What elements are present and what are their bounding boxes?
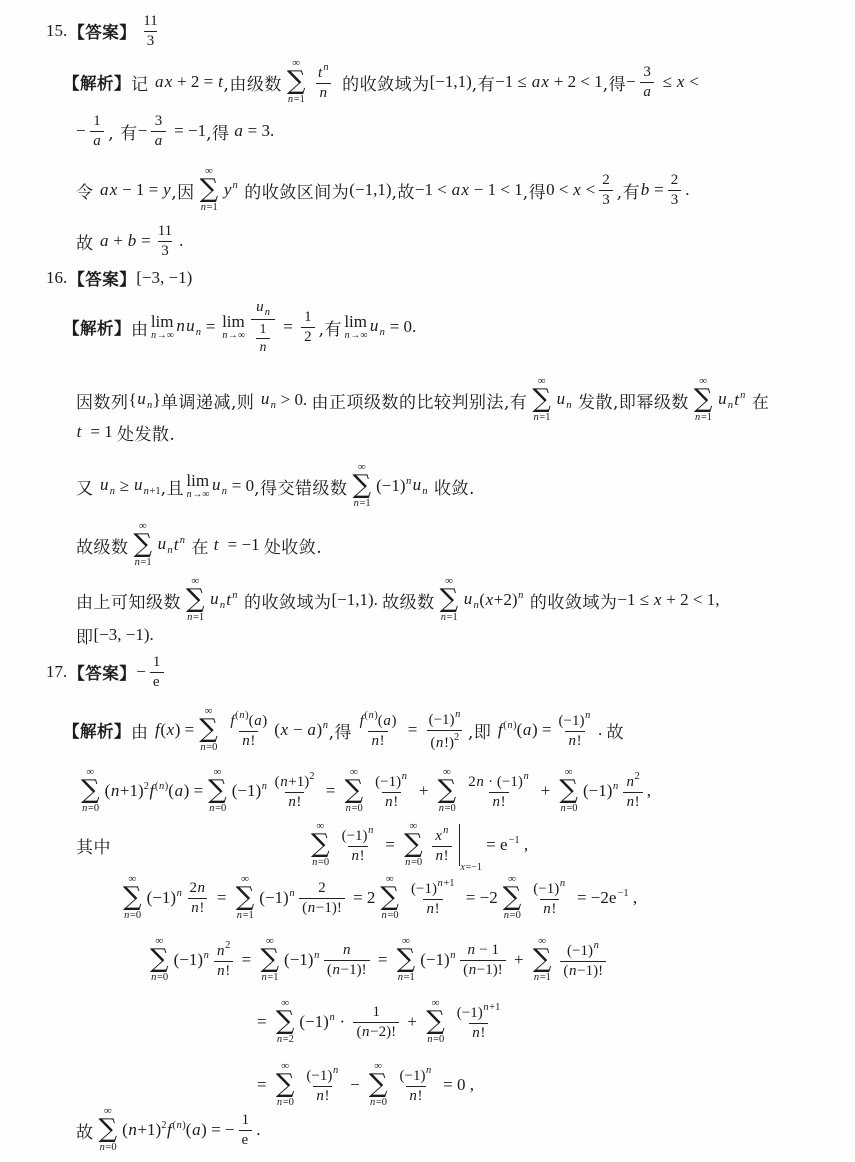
summation-symbol: ∞∑n=1 bbox=[236, 874, 255, 921]
math-text: 1 bbox=[242, 1111, 250, 1130]
math-text: (−1) bbox=[583, 781, 612, 800]
chinese-text: ,得 bbox=[603, 70, 626, 95]
math-text: = bbox=[213, 888, 231, 908]
chinese-text: , 有 bbox=[108, 119, 137, 144]
math-text: (−1) bbox=[299, 1012, 328, 1031]
math-text: (−1,1) bbox=[349, 180, 391, 200]
math-text: = bbox=[237, 950, 255, 970]
math-text: u bbox=[412, 475, 422, 494]
math-text: (a) = bbox=[168, 781, 203, 801]
math-text: u bbox=[211, 475, 221, 494]
fraction: (−1)nn! bbox=[372, 770, 410, 812]
scripted-term: un bbox=[211, 475, 227, 497]
math-text: 2 bbox=[225, 940, 230, 951]
summation-symbol: ∞∑n=0 bbox=[438, 767, 457, 814]
fraction: 12 bbox=[301, 308, 315, 347]
math-text: (n) bbox=[235, 710, 248, 721]
math-text: (−1) bbox=[559, 713, 585, 729]
math-text: ax + 2 = t bbox=[154, 72, 223, 92]
math-text: = bbox=[257, 1012, 271, 1032]
math-text: n bbox=[342, 941, 351, 960]
scripted-term: n2 bbox=[216, 939, 230, 961]
math-text: (n+1) bbox=[275, 774, 310, 790]
math-text: + bbox=[510, 950, 528, 970]
chinese-text: 故 bbox=[606, 718, 624, 743]
scripted-term: un bbox=[210, 589, 226, 611]
chinese-text: ,得交错级数 bbox=[254, 474, 347, 499]
fraction: 1n bbox=[256, 321, 270, 356]
summation-symbol: ∞∑n=0 bbox=[345, 767, 364, 814]
math-text: (n+1) bbox=[105, 781, 144, 800]
math-text: = 2 bbox=[349, 888, 376, 908]
math-text: . bbox=[685, 180, 689, 200]
math-text: (−1) bbox=[375, 774, 401, 790]
p17-solution-line-1: 【解析】由 f(x) =∞∑n=0f(n)(a)n!(x − a)n,得f(n)… bbox=[63, 700, 624, 760]
math-text: n+1 bbox=[143, 486, 161, 497]
math-text: n bbox=[626, 774, 635, 790]
summation-symbol: ∞∑n=0 bbox=[311, 821, 330, 868]
math-text: n=1 bbox=[440, 612, 458, 623]
summation-symbol: ∞∑n=0 bbox=[369, 1061, 388, 1108]
fraction: (−1)n+1n! bbox=[408, 877, 458, 919]
math-text: (−1) bbox=[567, 943, 593, 959]
scripted-term: un bbox=[260, 389, 276, 411]
fraction: 2n · (−1)nn! bbox=[465, 770, 532, 812]
math-text: 1 bbox=[304, 308, 312, 327]
math-text: . bbox=[598, 720, 607, 740]
p17-solution-line-5: ∞∑n=0(−1)nn2n! = ∞∑n=1(−1)nn(n−1)! = ∞∑n… bbox=[145, 930, 610, 990]
scripted-term: un bbox=[255, 298, 270, 319]
fraction: 1a bbox=[90, 112, 105, 151]
math-text: 2 bbox=[318, 879, 326, 898]
summation-symbol: ∞∑n=0 bbox=[81, 767, 100, 814]
math-text: n→∞ bbox=[186, 489, 209, 500]
math-text: 1 bbox=[373, 1003, 381, 1022]
chinese-text: 处发散. bbox=[117, 420, 175, 445]
math-text: n − 1 bbox=[467, 941, 499, 960]
summation-symbol: ∞∑n=1 bbox=[200, 166, 219, 213]
fraction: 3a bbox=[151, 112, 166, 151]
scripted-term: (−1)n bbox=[376, 476, 412, 496]
math-text: t = −1 bbox=[209, 535, 264, 555]
math-text: = bbox=[279, 317, 297, 337]
math-text: n=0 bbox=[345, 803, 363, 814]
chinese-text: ,有 bbox=[617, 178, 640, 203]
math-text: n=1 bbox=[200, 202, 218, 213]
scripted-term: (−1)n bbox=[299, 1012, 335, 1032]
scripted-term: (−1)n bbox=[567, 939, 599, 961]
summation-symbol: ∞∑n=1 bbox=[287, 58, 306, 105]
math-text: (n+1) bbox=[122, 1120, 161, 1139]
fraction: (−1)nn! bbox=[396, 1064, 434, 1106]
scripted-term: (n+1)2 bbox=[105, 781, 149, 801]
math-text: (−1) bbox=[457, 1005, 483, 1021]
evaluated-at-bar: x=−1 bbox=[459, 824, 482, 866]
summation-symbol: ∞∑n=0 bbox=[276, 1061, 295, 1108]
fraction: (−1)nn! bbox=[339, 824, 377, 866]
math-text: [−3, −1) bbox=[136, 268, 192, 288]
math-text: + bbox=[536, 781, 554, 801]
scripted-term: (−1)n bbox=[399, 1064, 431, 1086]
math-text: n bbox=[425, 1065, 431, 1076]
summation-symbol: ∞∑n=0 bbox=[123, 874, 142, 921]
math-text: 2 bbox=[635, 771, 640, 782]
math-text: 1 bbox=[93, 112, 101, 131]
chinese-text: ,得 bbox=[329, 718, 352, 743]
math-text: (n−1)! bbox=[302, 899, 342, 918]
scripted-term: nun bbox=[176, 316, 202, 338]
chinese-text: ,即 bbox=[468, 718, 497, 743]
scripted-term: (−1)n+1 bbox=[457, 1001, 501, 1023]
math-text: · bbox=[335, 1012, 349, 1032]
scripted-term: (−1)n bbox=[375, 770, 407, 792]
fraction: 2nn! bbox=[186, 879, 208, 918]
section-label: 【答案】 bbox=[68, 660, 136, 684]
math-text: n=1 bbox=[397, 972, 415, 983]
math-text: = bbox=[202, 317, 220, 337]
scripted-term: xn bbox=[435, 824, 449, 846]
math-text: n bbox=[176, 888, 182, 899]
math-text: + bbox=[415, 781, 433, 801]
chinese-text: 的收敛域为 bbox=[238, 588, 331, 613]
math-text: n=1 bbox=[533, 412, 551, 423]
fraction: 23 bbox=[599, 171, 613, 210]
chinese-text: 的收敛域为 bbox=[524, 588, 617, 613]
chinese-text: 的收敛域为 bbox=[336, 70, 429, 95]
math-text: [−1,1) bbox=[430, 72, 472, 92]
chinese-text: 记 bbox=[131, 70, 154, 95]
p17-answer-line: 17.【答案】−1e bbox=[46, 642, 168, 702]
chinese-text: 故级数 bbox=[76, 533, 129, 558]
scripted-term: tn bbox=[317, 61, 329, 83]
math-text: n=0 bbox=[81, 803, 99, 814]
math-text: + bbox=[403, 1012, 421, 1032]
summation-symbol: ∞∑n=1 bbox=[397, 936, 416, 983]
math-text: n=1 bbox=[186, 612, 204, 623]
math-text: a bbox=[154, 132, 163, 151]
chinese-text: 收敛. bbox=[428, 474, 475, 499]
math-text: n bbox=[559, 878, 565, 889]
scripted-term: tn bbox=[226, 590, 238, 610]
math-text: (−1) bbox=[376, 476, 405, 495]
chinese-text: ,有 bbox=[472, 70, 495, 95]
math-text: n! bbox=[472, 1024, 486, 1043]
math-text: 3 bbox=[643, 63, 651, 82]
scripted-term: un bbox=[369, 316, 385, 338]
summation-symbol: ∞∑n=0 bbox=[150, 936, 169, 983]
scripted-term: f(n) bbox=[230, 709, 249, 731]
math-text: n bbox=[332, 1065, 338, 1076]
math-text: n! bbox=[288, 793, 302, 812]
chinese-text: 故级数 bbox=[382, 588, 435, 613]
scripted-term: (n!)2 bbox=[430, 731, 459, 753]
chinese-text: ,得 bbox=[206, 119, 229, 144]
math-text: (a) bbox=[378, 712, 397, 731]
math-text: n=0 bbox=[560, 803, 578, 814]
math-text: n=0 bbox=[311, 857, 329, 868]
limit-operator: limn→∞ bbox=[344, 313, 367, 341]
scripted-term: un bbox=[717, 389, 733, 411]
math-text: n! bbox=[492, 793, 506, 812]
fraction: n − 1(n−1)! bbox=[460, 941, 506, 980]
math-text: n=2 bbox=[276, 1034, 294, 1045]
math-text: n! bbox=[242, 732, 256, 751]
math-text: (n−1)! bbox=[563, 962, 603, 981]
scripted-term: (−1)n bbox=[174, 950, 210, 970]
scripted-term: (−1)n bbox=[284, 950, 320, 970]
math-text: (n) bbox=[364, 710, 377, 721]
math-text: (a) = − bbox=[186, 1120, 235, 1140]
math-text: n=0 bbox=[405, 857, 423, 868]
math-text: ax − 1 = y bbox=[99, 180, 171, 200]
chinese-text: ,得 bbox=[523, 178, 546, 203]
summation-symbol: ∞∑n=0 bbox=[380, 874, 399, 921]
math-text: − bbox=[136, 662, 146, 682]
math-text: (−1) bbox=[497, 774, 523, 790]
chinese-text: ,且 bbox=[161, 474, 184, 499]
p16-solution-line-2: 因数列{un}单调递减,则 un > 0. 由正项级数的比较判别法,有∞∑n=1… bbox=[76, 370, 769, 430]
section-label: 【答案】 bbox=[68, 19, 136, 43]
scripted-term: f(n) bbox=[166, 1120, 185, 1140]
math-text: (−1) bbox=[232, 781, 261, 800]
math-text: ≥ bbox=[116, 476, 134, 496]
fraction: (−1)nn! bbox=[303, 1064, 341, 1106]
scripted-term: (−1)n bbox=[559, 709, 591, 731]
math-text: (n−2)! bbox=[356, 1023, 396, 1042]
math-text: −1 bbox=[508, 835, 519, 846]
math-text: (x − a) bbox=[274, 720, 322, 739]
fraction: 1e bbox=[239, 1111, 253, 1150]
roman-text: e bbox=[153, 673, 160, 692]
scripted-term: (−1)n bbox=[147, 888, 183, 908]
math-text: n=0 bbox=[209, 803, 227, 814]
math-text: n=0 bbox=[99, 1142, 117, 1153]
scripted-term: (−1)n bbox=[342, 824, 374, 846]
p16-solution-line-3: t = 1 处发散. bbox=[76, 402, 175, 462]
math-text: n=1 bbox=[134, 557, 152, 568]
scripted-term: un bbox=[412, 475, 428, 497]
math-text: − bbox=[626, 72, 636, 92]
chinese-text: 由正项级数的比较判别法,有 bbox=[312, 388, 528, 413]
scripted-term: (n+1)2 bbox=[275, 770, 315, 792]
scripted-term: n2 bbox=[626, 770, 640, 792]
scripted-term: f(n) bbox=[149, 781, 168, 801]
p17-solution-line-8: 故∞∑n=0(n+1)2f(n)(a) = −1e. bbox=[76, 1100, 260, 1160]
math-text: (−1) bbox=[147, 888, 176, 907]
math-text: n bbox=[319, 84, 328, 103]
math-text: = 0 bbox=[228, 476, 255, 496]
math-text: b = bbox=[640, 180, 664, 200]
fraction: (−1)nn! bbox=[530, 877, 568, 919]
chinese-text: 的收敛区间为 bbox=[238, 178, 349, 203]
math-text: u bbox=[463, 589, 473, 608]
summation-symbol: ∞∑n=0 bbox=[199, 706, 218, 753]
roman-text: e bbox=[500, 835, 508, 854]
fraction: 1(n−2)! bbox=[353, 1003, 399, 1042]
math-text: −1 ≤ x + 2 < 1, bbox=[617, 590, 719, 610]
math-text: u bbox=[369, 316, 379, 335]
math-text: n bbox=[313, 950, 319, 961]
scripted-term: (x − a)n bbox=[274, 720, 328, 740]
p17-solution-line-7: = ∞∑n=0(−1)nn! − ∞∑n=0(−1)nn! = 0 , bbox=[257, 1055, 474, 1115]
math-text: n bbox=[455, 709, 461, 720]
summation-symbol: ∞∑n=2 bbox=[276, 998, 295, 1045]
p16-solution-line-4: 又 un ≥ un+1,且limn→∞un = 0,得交错级数∞∑n=1(−1)… bbox=[76, 456, 475, 516]
fraction: tnn bbox=[314, 61, 332, 103]
scripted-term: yn bbox=[223, 180, 238, 200]
limit-operator: limn→∞ bbox=[151, 313, 174, 341]
scripted-term: (−1)n bbox=[259, 888, 295, 908]
math-text: n bbox=[216, 943, 225, 959]
math-text: . bbox=[256, 1120, 260, 1140]
math-text: (x+2) bbox=[479, 590, 517, 609]
scripted-term: un bbox=[463, 589, 479, 611]
p15-solution-line-2: −1a, 有−3a = −1,得 a = 3. bbox=[76, 101, 274, 161]
scripted-term: (−1)n bbox=[583, 781, 619, 801]
math-text: n→∞ bbox=[151, 330, 174, 341]
math-text: n=1 bbox=[287, 94, 305, 105]
math-text: , bbox=[647, 781, 651, 801]
p17-solution-line-2: ∞∑n=0(n+1)2f(n)(a) =∞∑n=0(−1)n(n+1)2n! =… bbox=[76, 761, 651, 821]
math-text: n! bbox=[543, 900, 557, 919]
summation-symbol: ∞∑n=0 bbox=[559, 767, 578, 814]
fraction: xnn! bbox=[432, 824, 452, 866]
math-text: − bbox=[76, 121, 86, 141]
scripted-term: (n+1)2 bbox=[122, 1120, 166, 1140]
math-text: −1 bbox=[617, 888, 628, 899]
fraction: (−1)n(n−1)! bbox=[560, 939, 606, 981]
math-text: n! bbox=[568, 732, 582, 751]
summation-symbol: ∞∑n=0 bbox=[404, 821, 423, 868]
math-text: n bbox=[450, 950, 456, 961]
math-text: n bbox=[612, 781, 618, 792]
math-text: 3 bbox=[147, 32, 155, 51]
math-text: n+1 bbox=[483, 1002, 501, 1013]
fraction: (−1)n(n!)2 bbox=[426, 708, 464, 753]
p16-solution-line-1: 【解析】由limn→∞nun = limn→∞un1n = 12,有limn→∞… bbox=[63, 289, 416, 365]
math-text: u bbox=[157, 534, 167, 553]
math-text: n! bbox=[217, 962, 231, 981]
scripted-term: (−1)n bbox=[533, 877, 565, 899]
math-text: u bbox=[255, 299, 264, 315]
math-text: − bbox=[138, 121, 148, 141]
math-text: n bbox=[585, 710, 591, 721]
p16-solution-line-6: 由上可知级数∞∑n=1untn 的收敛域为[−1,1). 故级数∞∑n=1un(… bbox=[76, 570, 719, 630]
summation-symbol: ∞∑n=1 bbox=[694, 376, 713, 423]
math-text: 0 < x < bbox=[546, 180, 595, 200]
section-label: 【解析】 bbox=[63, 70, 131, 94]
scripted-term: (−1)n bbox=[232, 781, 268, 801]
chinese-text: ,故 bbox=[391, 178, 414, 203]
chinese-text: 发散,即幂级数 bbox=[572, 388, 689, 413]
scripted-term: un bbox=[556, 389, 572, 411]
section-label: 【解析】 bbox=[63, 718, 131, 742]
math-text: (−1) bbox=[420, 950, 449, 969]
limit-operator: limn→∞ bbox=[186, 472, 209, 500]
scripted-term: (x+2)n bbox=[479, 590, 524, 610]
summation-symbol: ∞∑n=0 bbox=[99, 1106, 118, 1153]
math-text: t = 1 bbox=[76, 422, 117, 442]
math-text: n! bbox=[626, 793, 640, 812]
math-text: y bbox=[223, 180, 232, 199]
math-text: n bbox=[289, 888, 295, 899]
math-text: [−1,1). bbox=[331, 590, 382, 610]
section-label: 【答案】 bbox=[68, 266, 136, 290]
math-text: f(x) = bbox=[154, 720, 194, 740]
chinese-text: ,有 bbox=[319, 315, 342, 340]
roman-text: e bbox=[609, 888, 617, 907]
chinese-text: 故 bbox=[76, 1118, 94, 1143]
p17-solution-line-4: ∞∑n=0(−1)n2nn! = ∞∑n=1(−1)n2(n−1)! = 2∞∑… bbox=[118, 868, 637, 928]
math-text: 1 bbox=[260, 321, 267, 338]
math-text: n! bbox=[385, 793, 399, 812]
math-text: n→∞ bbox=[222, 330, 245, 341]
chinese-text: ,因 bbox=[171, 178, 194, 203]
chinese-text: 其中 bbox=[76, 833, 111, 858]
summation-symbol: ∞∑n=1 bbox=[532, 376, 551, 423]
fraction: 23 bbox=[668, 171, 682, 210]
fraction: 3a bbox=[640, 63, 655, 102]
scripted-term: tn bbox=[734, 390, 746, 410]
p17-solution-line-3: 其中∞∑n=0(−1)nn! = ∞∑n=0xnn!x=−1 = e−1 , bbox=[76, 815, 528, 875]
math-text: (−1) bbox=[284, 950, 313, 969]
summation-symbol: ∞∑n=1 bbox=[134, 521, 153, 568]
math-text: 2 bbox=[454, 732, 459, 743]
fraction: n(n−1)! bbox=[324, 941, 370, 980]
math-text: n! bbox=[316, 1087, 330, 1106]
math-text: n=1 bbox=[694, 412, 712, 423]
math-text: (−1) bbox=[411, 881, 437, 897]
math-text: = bbox=[257, 1075, 271, 1095]
roman-text: 16. bbox=[46, 268, 67, 288]
scripted-term: (−1)n bbox=[429, 708, 461, 730]
math-text: (−1) bbox=[342, 828, 368, 844]
math-text: a bbox=[643, 83, 652, 102]
chinese-text: 处收敛. bbox=[264, 533, 322, 558]
roman-text: e bbox=[242, 1131, 249, 1150]
chinese-text: 令 bbox=[76, 178, 99, 203]
fraction: f(n)(a)n! bbox=[356, 709, 399, 751]
math-text: n=0 bbox=[150, 972, 168, 983]
chinese-text: 在 bbox=[186, 533, 209, 558]
math-text: > 0. bbox=[276, 390, 311, 410]
math-text: n! bbox=[426, 900, 440, 919]
math-text: (n) bbox=[172, 1120, 185, 1131]
math-text: n bbox=[323, 62, 329, 73]
roman-text: 17. bbox=[46, 662, 67, 682]
math-text: n bbox=[259, 339, 267, 356]
math-text: 11 bbox=[143, 12, 157, 31]
math-text: , bbox=[520, 835, 529, 855]
math-text: (−1) bbox=[429, 712, 455, 728]
scripted-term: (−1)n+1 bbox=[411, 877, 455, 899]
math-text: u bbox=[717, 389, 727, 408]
math-text: (n) bbox=[503, 720, 516, 731]
fraction: (−1)nn! bbox=[556, 709, 594, 751]
scripted-term: e−1 bbox=[500, 835, 520, 855]
math-text: (−1) bbox=[533, 881, 559, 897]
summation-symbol: ∞∑n=1 bbox=[533, 936, 552, 983]
math-text: u bbox=[260, 389, 270, 408]
math-text: n bbox=[523, 771, 529, 782]
math-text: (−1) bbox=[174, 950, 203, 969]
math-text: (n) bbox=[155, 781, 168, 792]
scripted-term: (−1)n bbox=[420, 950, 456, 970]
fraction: 113 bbox=[140, 12, 160, 51]
math-text: = bbox=[374, 950, 392, 970]
limit-operator: limn→∞ bbox=[222, 313, 245, 341]
math-text: n=0 bbox=[503, 910, 521, 921]
